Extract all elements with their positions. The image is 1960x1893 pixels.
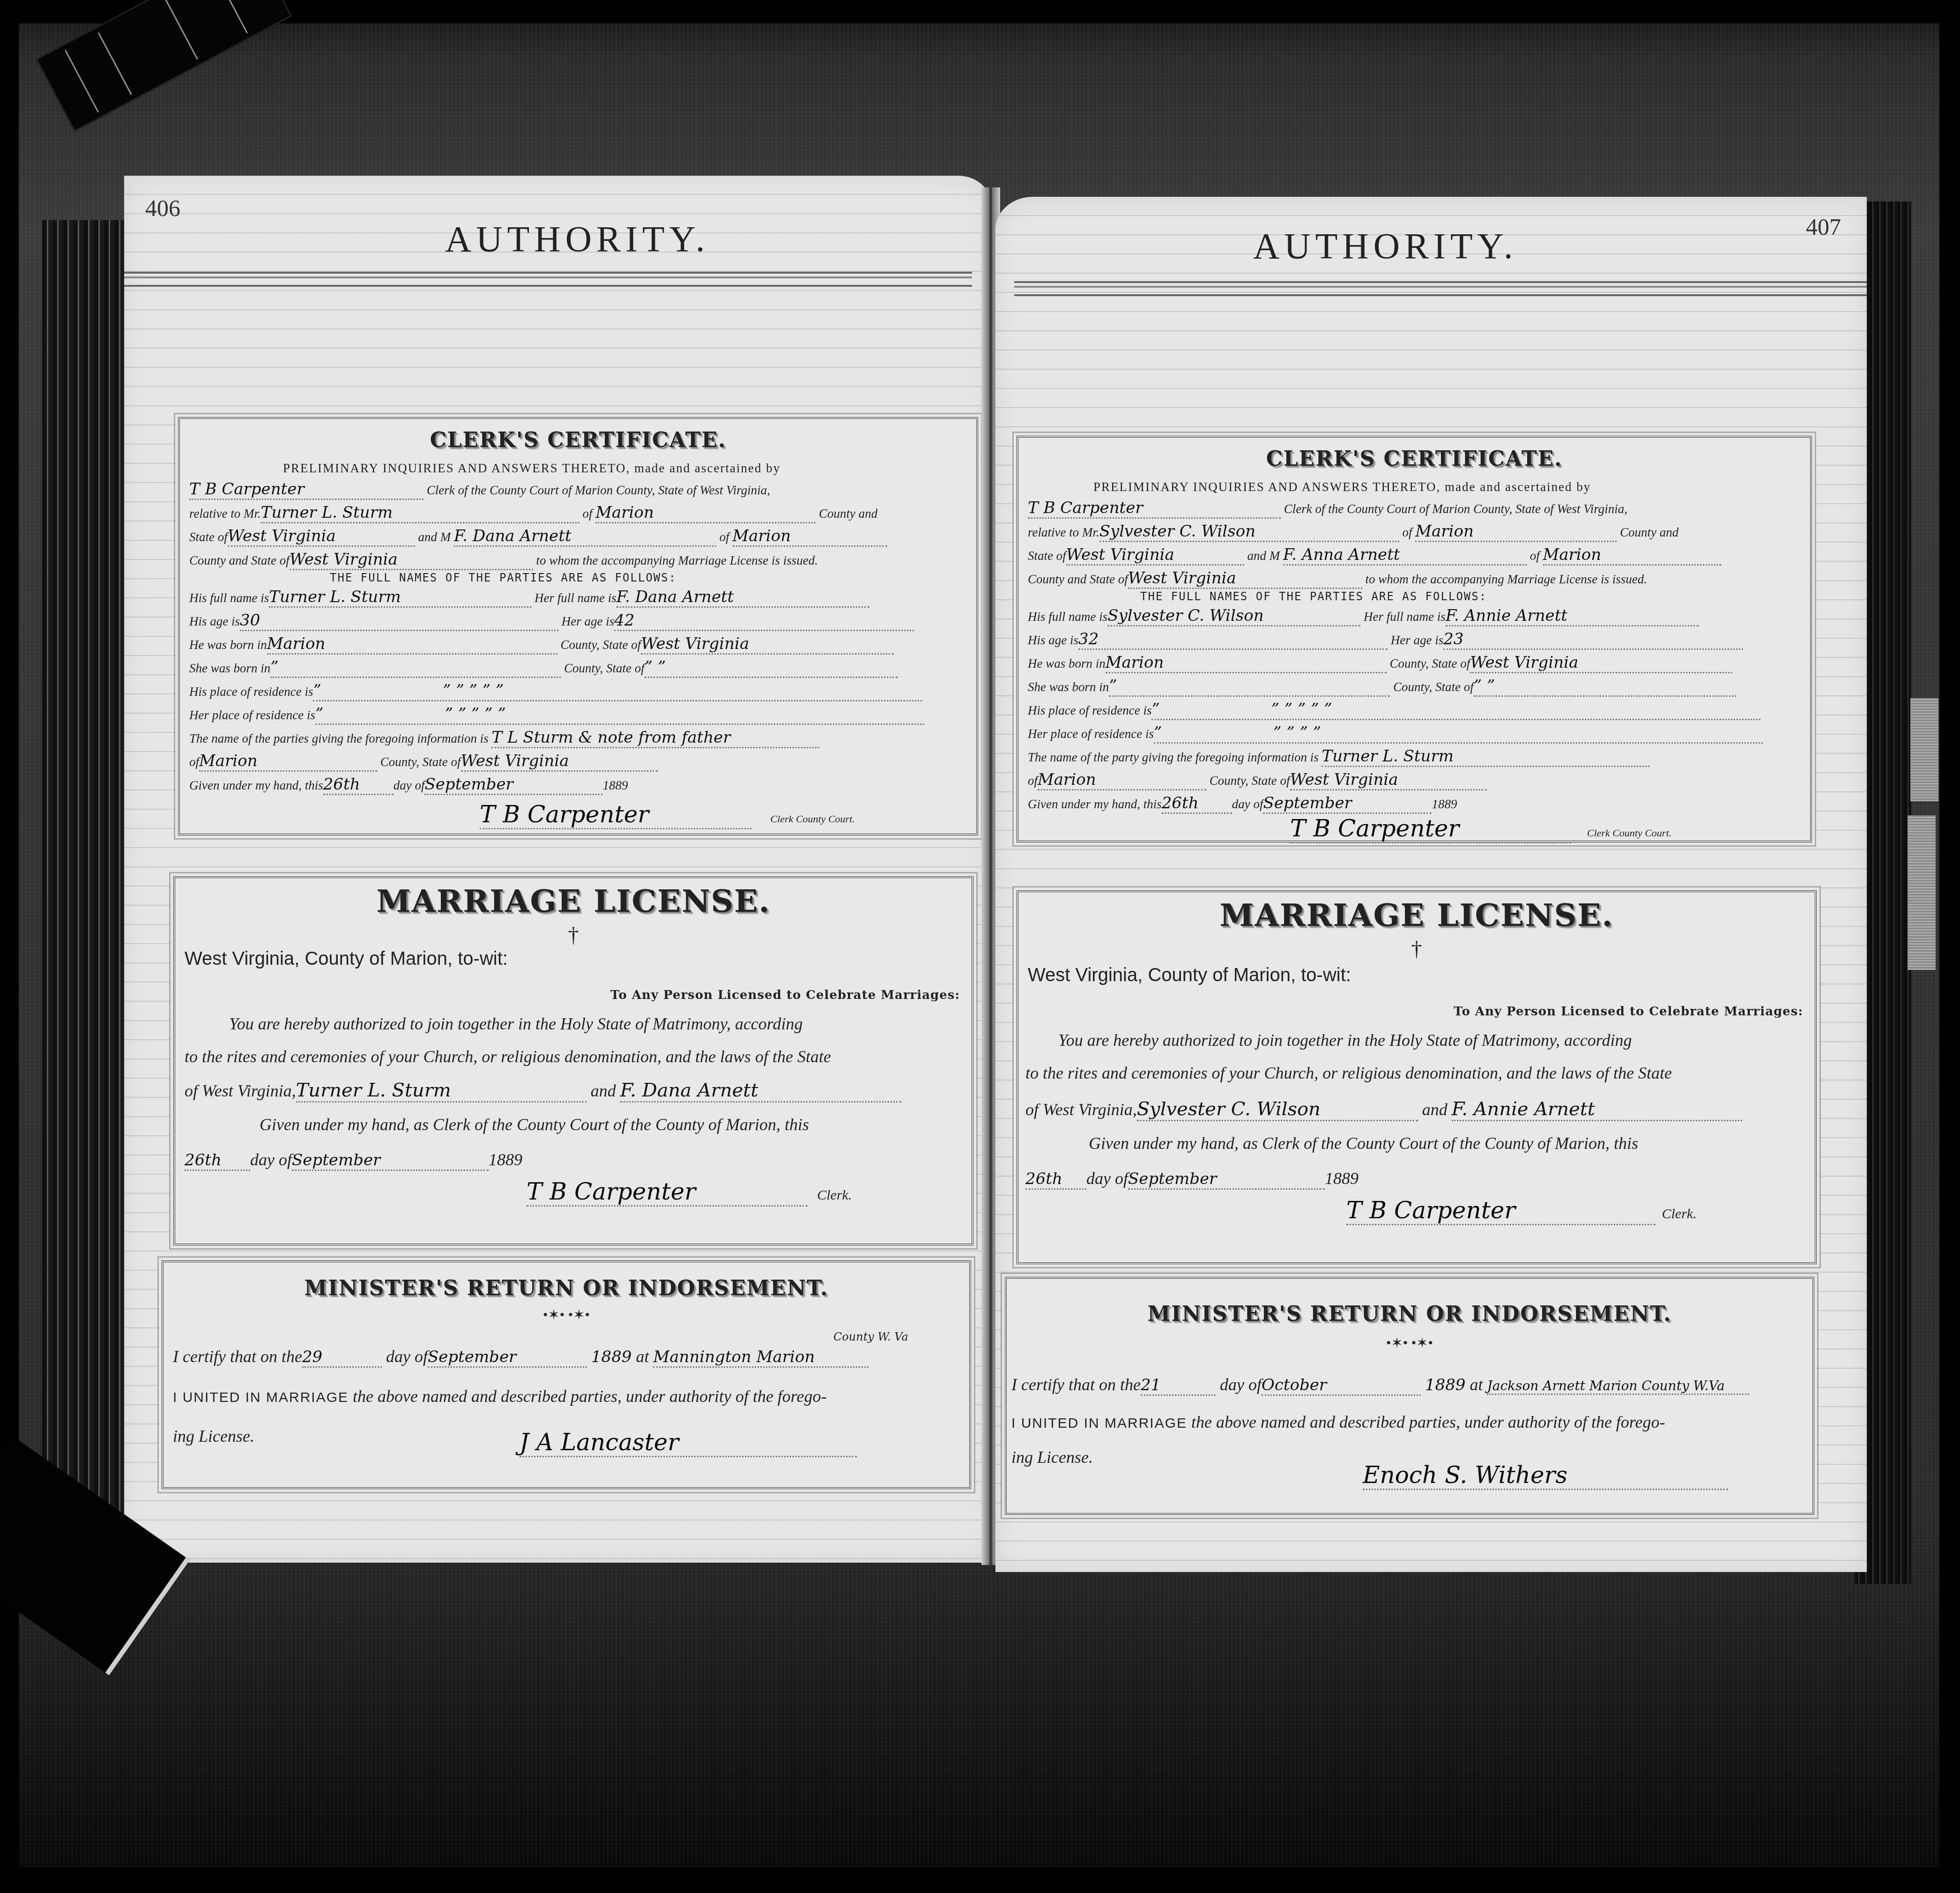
she-born-field: ” [270, 658, 561, 678]
groom-state-field: West Virginia [1066, 545, 1244, 566]
united-caps: I UNITED IN MARRIAGE [173, 1390, 349, 1405]
informant-field: T L Sturm & note from father [491, 728, 819, 748]
book-weight-lower [1908, 815, 1936, 970]
he-born-field: Marion [1106, 653, 1387, 673]
jurisdiction: West Virginia, County of Marion, to-wit: [185, 948, 508, 969]
scan-border-right [1939, 0, 1960, 1893]
preamble: PRELIMINARY INQUIRIES AND ANSWERS THERET… [283, 461, 780, 476]
ornament-icon: •✶• •✶• [163, 1307, 969, 1323]
full-names-header: THE FULL NAMES OF THE PARTIES ARE AS FOL… [330, 571, 676, 584]
license-groom-field: Sylvester C. Wilson [1137, 1098, 1418, 1121]
running-head: AUTHORITY. [445, 218, 709, 260]
license-month-field: September [292, 1151, 489, 1171]
her-full-name-label: Her full name is [535, 591, 616, 605]
groom-name-field: Sylvester C. Wilson [1099, 522, 1399, 542]
she-born-state-field: ” ” [1474, 677, 1736, 697]
license-body-2: to the rites and ceremonies of your Chur… [185, 1047, 831, 1066]
license-day-field: 26th [185, 1151, 250, 1171]
minister-signature: J A Lancaster [520, 1429, 857, 1457]
bride-name-field: F. Dana Arnett [454, 527, 716, 547]
book-page-edges-left [42, 220, 126, 1560]
license-end: ing License. [1011, 1447, 1093, 1467]
county-state-of-label: County and State of [189, 553, 290, 567]
return-place-field: Jackson Arnett Marion County W.Va [1487, 1378, 1749, 1395]
marriage-license-title: MARRIAGE LICENSE. [175, 883, 972, 919]
of-label: of [582, 507, 592, 521]
clerk-name-field: T B Carpenter [1028, 499, 1281, 519]
clerks-certificate-title: CLERK'S CERTIFICATE. [180, 428, 976, 452]
her-age-field: 42 [614, 611, 914, 631]
county-state-label: County, State of [561, 638, 641, 652]
his-residence-label: His place of residence is [189, 685, 313, 699]
license-month-field: September [1128, 1170, 1325, 1190]
license-clerk-signature: T B Carpenter [1346, 1197, 1656, 1225]
her-residence-field: ” ” ” ” ” ” [315, 705, 924, 725]
scan-border-bottom [0, 1867, 1960, 1893]
return-year: 1889 [591, 1348, 632, 1366]
ornament-icon: •✶• •✶• [1007, 1335, 1812, 1351]
he-born-label: He was born in [189, 638, 267, 652]
clerk-signature: T B Carpenter [1290, 815, 1571, 843]
she-born-field: ” [1109, 677, 1390, 697]
return-place-field: Mannington Marion [653, 1348, 869, 1368]
informant-county-field: Marion [1038, 770, 1206, 790]
running-head: AUTHORITY. [1253, 225, 1517, 267]
her-residence-field: ” ” ” ” ” [1154, 723, 1763, 744]
informant-state-field: West Virginia [461, 752, 658, 772]
clerk-signature: T B Carpenter [480, 801, 751, 829]
clerk-of-text: Clerk of the County Court of Marion Coun… [1284, 502, 1627, 516]
license-bride-field: F. Annie Arnett [1452, 1098, 1742, 1121]
given-day-field: 26th [323, 775, 393, 795]
license-body-1: You are hereby authorized to join togeth… [1058, 1030, 1632, 1050]
bride-state-field: West Virginia [290, 550, 533, 570]
return-day-field: 29 [302, 1348, 382, 1368]
clerks-certificate: CLERK'S CERTIFICATE. PRELIMINARY INQUIRI… [178, 417, 978, 835]
full-names-header: THE FULL NAMES OF THE PARTIES ARE AS FOL… [1140, 590, 1487, 603]
bride-county-field: Marion [1543, 545, 1721, 566]
ministers-return-title: MINISTER'S RETURN OR INDORSEMENT. [163, 1276, 969, 1300]
to-whom-text: to whom the accompanying Marriage Licens… [536, 553, 817, 567]
ministers-return-title: MINISTER'S RETURN OR INDORSEMENT. [1007, 1302, 1812, 1326]
license-address: To Any Person Licensed to Celebrate Marr… [610, 988, 960, 1002]
right-page: 407 AUTHORITY. CLERK'S CERTIFICATE. PREL… [995, 197, 1867, 1572]
informant-state-field: West Virginia [1290, 770, 1487, 790]
license-body-1: You are hereby authorized to join togeth… [229, 1014, 803, 1034]
license-given-text: Given under my hand, as Clerk of the Cou… [260, 1115, 809, 1134]
his-full-name-field: Turner L. Sturm [269, 588, 531, 608]
clerks-certificate: CLERK'S CERTIFICATE. PRELIMINARY INQUIRI… [1017, 436, 1812, 842]
his-age-label: His age is [189, 614, 240, 628]
relative-to-label: relative to Mr. [189, 507, 261, 521]
marriage-license: MARRIAGE LICENSE. † West Virginia, Count… [173, 876, 973, 1245]
header-rule [1014, 281, 1867, 296]
his-age-field: 30 [240, 611, 558, 631]
clerk-name-field: T B Carpenter [189, 480, 423, 500]
groom-county-field: Marion [595, 503, 816, 523]
clerk-of-text: Clerk of the County Court of Marion Coun… [427, 483, 770, 497]
state-of-label: State of [189, 530, 228, 544]
she-born-state-field: ” ” [645, 658, 898, 678]
her-age-label: Her age is [562, 614, 614, 628]
marriage-license-title: MARRIAGE LICENSE. [1018, 897, 1815, 933]
license-given-text: Given under my hand, as Clerk of the Cou… [1089, 1133, 1638, 1153]
license-clerk-signature: T B Carpenter [527, 1178, 808, 1207]
page-number: 407 [1806, 213, 1841, 240]
and-m-label: and M [418, 530, 451, 544]
of-label: of [720, 530, 729, 544]
return-month-field: October [1262, 1376, 1421, 1396]
her-full-name-field: F. Dana Arnett [616, 588, 869, 608]
marriage-license: MARRIAGE LICENSE. † West Virginia, Count… [1017, 890, 1817, 1264]
informant-field: Turner L. Sturm [1322, 747, 1649, 767]
groom-name-field: Turner L. Sturm [261, 503, 579, 523]
ministers-return: MINISTER'S RETURN OR INDORSEMENT. •✶• •✶… [162, 1260, 971, 1489]
she-born-label: She was born in [189, 661, 270, 675]
his-full-name-label: His full name is [189, 591, 269, 605]
license-year: 1889 [489, 1150, 522, 1169]
he-born-field: Marion [267, 634, 557, 655]
his-residence-field: ” ” ” ” ” ” [313, 681, 922, 701]
clerks-certificate-title: CLERK'S CERTIFICATE. [1018, 447, 1810, 471]
jurisdiction: West Virginia, County of Marion, to-wit: [1028, 965, 1351, 986]
given-year: 1889 [602, 778, 628, 792]
her-full-name-field: F. Annie Arnett [1446, 606, 1699, 626]
given-day-field: 26th [1162, 794, 1232, 814]
ornament-icon: † [175, 923, 972, 947]
his-residence-field: ” ” ” ” ” ” [1151, 700, 1760, 720]
license-address: To Any Person Licensed to Celebrate Marr… [1454, 1005, 1803, 1019]
header-rule [124, 272, 972, 287]
groom-county-field: Marion [1415, 522, 1617, 542]
license-signature-title: Clerk. [817, 1187, 852, 1203]
license-bride-field: F. Dana Arnett [620, 1080, 901, 1103]
bride-state-field: West Virginia [1128, 569, 1362, 589]
given-label: Given under my hand, this [189, 778, 323, 792]
ministers-return: MINISTER'S RETURN OR INDORSEMENT. •✶• •✶… [1005, 1277, 1814, 1515]
groom-state-field: West Virginia [228, 527, 415, 547]
informant-county-field: Marion [199, 752, 377, 772]
license-end: ing License. [173, 1426, 254, 1446]
he-born-state-field: West Virginia [641, 634, 894, 655]
given-month-field: September [424, 775, 602, 795]
ornament-icon: † [1018, 937, 1815, 961]
page-number: 406 [145, 194, 180, 222]
he-born-state-field: West Virginia [1470, 653, 1732, 673]
left-page: 406 AUTHORITY. CLERK'S CERTIFICATE. PREL… [124, 176, 991, 1563]
relative-to-label: relative to Mr. [1028, 525, 1099, 539]
return-month-field: September [428, 1348, 587, 1368]
license-day-field: 26th [1025, 1170, 1086, 1190]
his-full-name-field: Sylvester C. Wilson [1107, 606, 1360, 626]
license-groom-field: Turner L. Sturm [296, 1080, 587, 1103]
return-day-field: 21 [1141, 1376, 1216, 1396]
his-age-field: 32 [1078, 630, 1388, 650]
place-note: County W. Va [833, 1330, 908, 1343]
minister-signature: Enoch S. Withers [1363, 1461, 1728, 1490]
county-state-label: County, State of [564, 661, 645, 675]
book-weight-upper [1910, 698, 1938, 801]
her-residence-label: Her place of residence is [189, 708, 315, 722]
preamble: PRELIMINARY INQUIRIES AND ANSWERS THERET… [1093, 480, 1591, 494]
signature-title: Clerk County Court. [771, 813, 855, 825]
bride-name-field: F. Anna Arnett [1283, 545, 1527, 566]
her-age-field: 23 [1443, 630, 1743, 650]
informant-label: The name [189, 731, 239, 745]
bride-county-field: Marion [733, 527, 887, 547]
license-body-2: to the rites and ceremonies of your Chur… [1025, 1063, 1672, 1083]
given-month-field: September [1263, 794, 1432, 814]
county-and-label: County and [819, 507, 877, 521]
